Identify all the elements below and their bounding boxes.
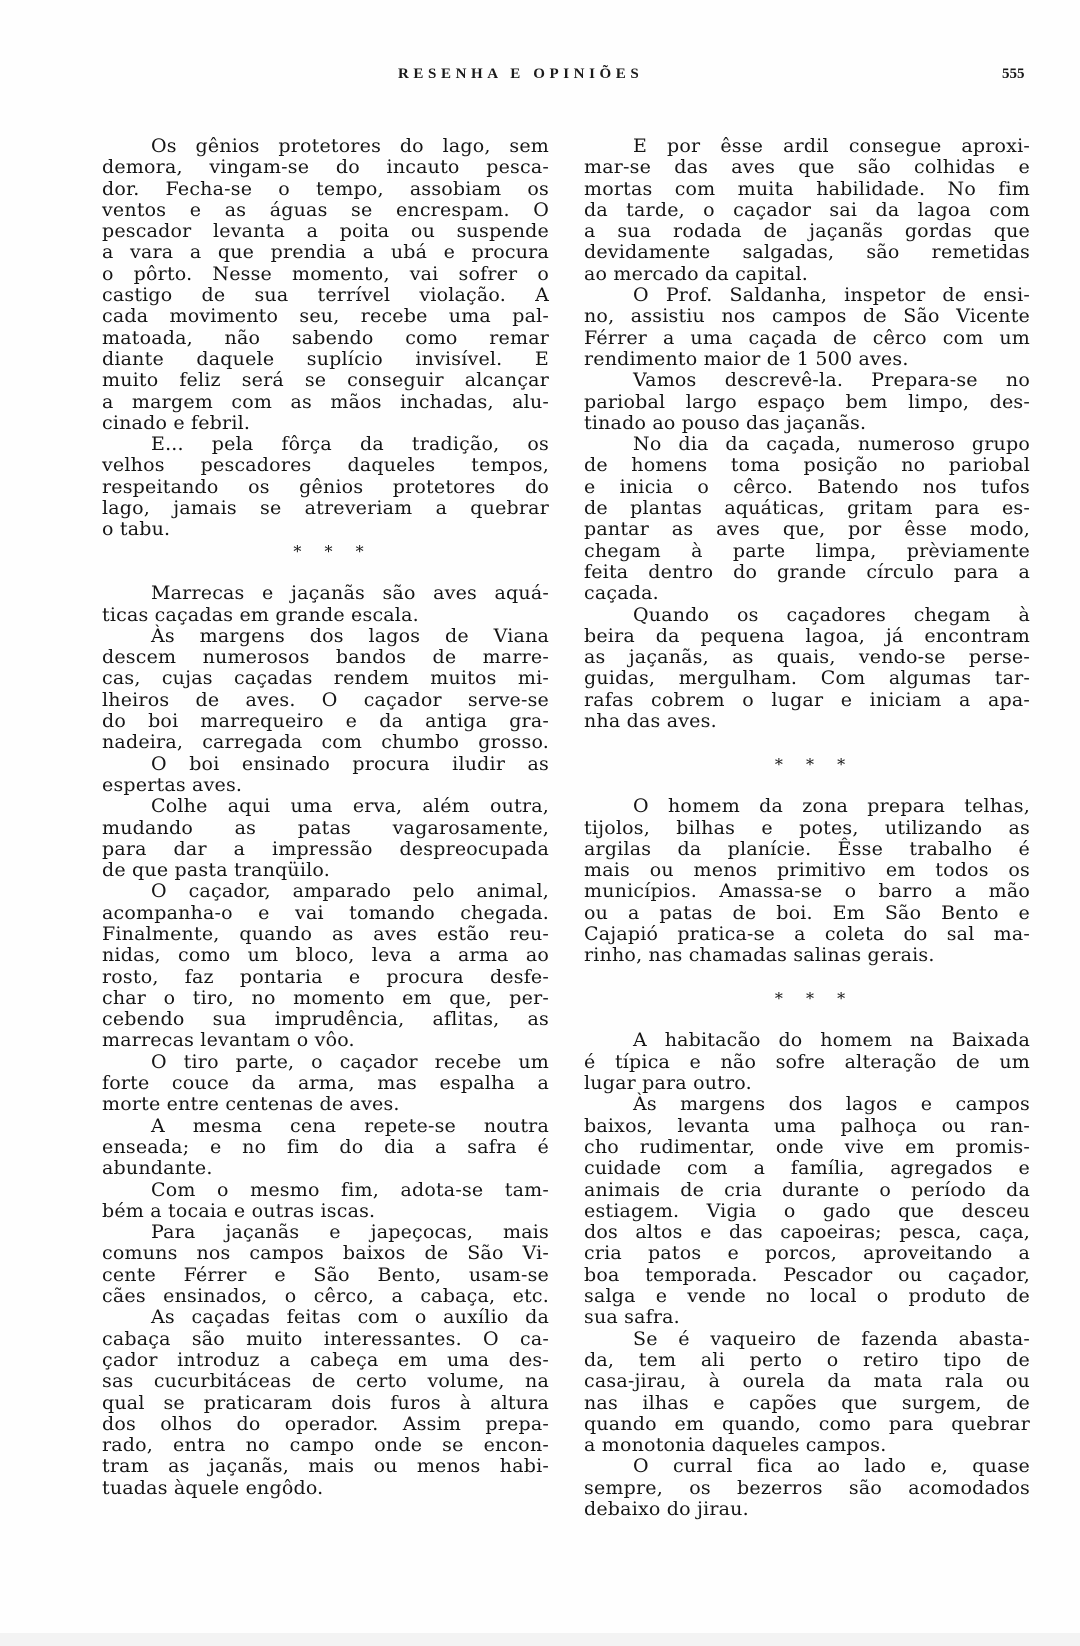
paragraph-first-line: Marrecas e jaçanãs são aves aquá- bbox=[102, 583, 549, 604]
text-line: lago, jamais se atreveriam a quebrar bbox=[102, 498, 549, 519]
text-line: Férrer a uma caçada de cêrco com um bbox=[584, 328, 1030, 349]
text-line: rendimento maior de 1 500 aves. bbox=[584, 349, 1030, 370]
paragraph-first-line: A mesma cena repete-se noutra bbox=[102, 1116, 549, 1137]
text-line: da tarde, o caçador sai da lagoa com bbox=[584, 200, 1030, 221]
text-line: a sua rodada de jaçanãs gordas que bbox=[584, 221, 1030, 242]
text-line: qual se praticaram dois furos à altura bbox=[102, 1393, 549, 1414]
paragraph-first-line: O boi ensinado procura iludir as bbox=[102, 754, 549, 775]
text-line: de homens toma posição no pariobal bbox=[584, 455, 1030, 476]
paragraph-first-line: No dia da caçada, numeroso grupo bbox=[584, 434, 1030, 455]
text-line: enseada; e no fim do dia a safra é bbox=[102, 1137, 549, 1158]
text-line: pantar as aves que, por êsse modo, bbox=[584, 519, 1030, 540]
text-line: dos altos e das capoeiras; pesca, caça, bbox=[584, 1222, 1030, 1243]
text-line: cada movimento seu, recebe uma pal- bbox=[102, 306, 549, 327]
text-line: çador introduz a cabeça em uma des- bbox=[102, 1350, 549, 1371]
blank-line bbox=[584, 775, 1030, 796]
text-line: da, tem ali perto o retiro tipo de bbox=[584, 1350, 1030, 1371]
text-line: tuadas àquele engôdo. bbox=[102, 1478, 549, 1499]
text-line: dor. Fecha-se o tempo, assobiam os bbox=[102, 179, 549, 200]
text-line: do boi marrequeiro e da antiga gra- bbox=[102, 711, 549, 732]
blank-line bbox=[102, 562, 549, 583]
blank-line bbox=[584, 967, 1030, 988]
text-line: e inicia o cêrco. Batendo nos tufos bbox=[584, 477, 1030, 498]
text-line: sas cucurbitáceas de certo volume, na bbox=[102, 1371, 549, 1392]
text-line: guidas, mergulham. Com algumas tar- bbox=[584, 668, 1030, 689]
page-number: 555 bbox=[1002, 66, 1025, 83]
paragraph-first-line: Quando os caçadores chegam à bbox=[584, 605, 1030, 626]
text-line: nas ilhas e capões que surgem, de bbox=[584, 1393, 1030, 1414]
text-line: nidas, como um bloco, leva a arma ao bbox=[102, 945, 549, 966]
text-line: casa-jirau, à ourela da mata rala ou bbox=[584, 1371, 1030, 1392]
text-line: Finalmente, quando as aves estão reu- bbox=[102, 924, 549, 945]
text-line: mar-se das aves que são colhidas e bbox=[584, 157, 1030, 178]
text-line: tijolos, bilhas e potes, utilizando as bbox=[584, 818, 1030, 839]
paragraph-first-line: O curral fica ao lado e, quase bbox=[584, 1456, 1030, 1477]
text-line: tinado ao pouso das jaçanãs. bbox=[584, 413, 1030, 434]
text-line: tram as jaçanãs, mais ou menos habi- bbox=[102, 1456, 549, 1477]
text-line: cinado e febril. bbox=[102, 413, 549, 434]
paragraph-first-line: A habitacão do homem na Baixada bbox=[584, 1030, 1030, 1051]
text-line: ventos e as águas se encrespam. O bbox=[102, 200, 549, 221]
paragraph-first-line: As caçadas feitas com o auxílio da bbox=[102, 1307, 549, 1328]
text-line: mortas com muita habilidade. No fim bbox=[584, 179, 1030, 200]
text-line: cria patos e porcos, aproveitando a bbox=[584, 1243, 1030, 1264]
text-line: a vara a que prendia a ubá e procura bbox=[102, 242, 549, 263]
text-line: respeitando os gênios protetores do bbox=[102, 477, 549, 498]
text-line: cas, cujas caçadas rendem muitos mi- bbox=[102, 668, 549, 689]
text-line: cente Férrer e São Bento, usam-se bbox=[102, 1265, 549, 1286]
text-line: debaixo do jirau. bbox=[584, 1499, 1030, 1520]
text-line: devidamente salgadas, são remetidas bbox=[584, 242, 1030, 263]
text-line: ao mercado da capital. bbox=[584, 264, 1030, 285]
text-line: lugar para outro. bbox=[584, 1073, 1030, 1094]
text-line: Cajapió pratica-se a coleta do sal ma- bbox=[584, 924, 1030, 945]
text-line: marrecas levantam o vôo. bbox=[102, 1030, 549, 1051]
paragraph-first-line: Com o mesmo fim, adota-se tam- bbox=[102, 1180, 549, 1201]
text-line: de plantas aquáticas, gritam para es- bbox=[584, 498, 1030, 519]
text-line: é típica e não sofre alteração de um bbox=[584, 1052, 1030, 1073]
text-line: acompanha-o e vai tomando chegada. bbox=[102, 903, 549, 924]
text-line: quando em quando, como para quebrar bbox=[584, 1414, 1030, 1435]
text-line: velhos pescadores daqueles tempos, bbox=[102, 455, 549, 476]
text-line: rosto, faz pontaria e procura desfe- bbox=[102, 967, 549, 988]
section-separator: * * * bbox=[584, 988, 1030, 1009]
text-line: no, assistiu nos campos de São Vicente bbox=[584, 306, 1030, 327]
text-line: argilas da planície. Êsse trabalho é bbox=[584, 839, 1030, 860]
paragraph-first-line: Vamos descrevê-la. Prepara-se no bbox=[584, 370, 1030, 391]
text-line: boa temporada. Pescador ou caçador, bbox=[584, 1265, 1030, 1286]
paragraph-first-line: Para jaçanãs e japeçocas, mais bbox=[102, 1222, 549, 1243]
blank-line bbox=[584, 1009, 1030, 1030]
text-line: chegam à parte limpa, prèviamente bbox=[584, 541, 1030, 562]
text-line: rado, entra no campo onde se encon- bbox=[102, 1435, 549, 1456]
text-line: muito feliz será se conseguir alcançar bbox=[102, 370, 549, 391]
text-line: estiagem. Vigia o gado que desceu bbox=[584, 1201, 1030, 1222]
text-line: lheiros de aves. O caçador serve-se bbox=[102, 690, 549, 711]
text-line: morte entre centenas de aves. bbox=[102, 1094, 549, 1115]
text-line: animais de cria durante o período da bbox=[584, 1180, 1030, 1201]
paragraph-first-line: Às margens dos lagos de Viana bbox=[102, 626, 549, 647]
text-line: a monotonia daqueles campos. bbox=[584, 1435, 1030, 1456]
text-line: as jaçanãs, as quais, vendo-se perse- bbox=[584, 647, 1030, 668]
text-line: baixos, levanta uma palhoça ou ran- bbox=[584, 1116, 1030, 1137]
text-line: mudando as patas vagarosamente, bbox=[102, 818, 549, 839]
text-line: bém a tocaia e outras iscas. bbox=[102, 1201, 549, 1222]
text-line: pariobal largo espaço bem limpo, des- bbox=[584, 392, 1030, 413]
right-column: E por êsse ardil consegue aproxi-mar-se … bbox=[584, 136, 1030, 1520]
text-line: matoada, não sabendo como remar bbox=[102, 328, 549, 349]
paragraph-first-line: O tiro parte, o caçador recebe um bbox=[102, 1052, 549, 1073]
paragraph-first-line: E por êsse ardil consegue aproxi- bbox=[584, 136, 1030, 157]
text-line: ou a patas de boi. Em São Bento e bbox=[584, 903, 1030, 924]
blank-line bbox=[584, 732, 1030, 753]
paragraph-first-line: Colhe aqui uma erva, além outra, bbox=[102, 796, 549, 817]
paragraph-first-line: O Prof. Saldanha, inspetor de ensi- bbox=[584, 285, 1030, 306]
text-line: dos olhos do operador. Assim prepa- bbox=[102, 1414, 549, 1435]
text-line: rinho, nas chamadas salinas gerais. bbox=[584, 945, 1030, 966]
book-page: RESENHA E OPINIÕES 555 Os gênios proteto… bbox=[0, 0, 1080, 1633]
section-separator: * * * bbox=[102, 541, 549, 562]
paragraph-first-line: Os gênios protetores do lago, sem bbox=[102, 136, 549, 157]
text-line: beira da pequena lagoa, já encontram bbox=[584, 626, 1030, 647]
paragraph-first-line: E... pela fôrça da tradição, os bbox=[102, 434, 549, 455]
text-line: rafas cobrem o lugar e iniciam a apa- bbox=[584, 690, 1030, 711]
text-line: pescador levanta a poita ou suspende bbox=[102, 221, 549, 242]
text-line: espertas aves. bbox=[102, 775, 549, 796]
text-line: mais ou menos primitivo em todos os bbox=[584, 860, 1030, 881]
running-head: RESENHA E OPINIÕES bbox=[398, 66, 643, 83]
text-line: a margem com as mãos inchadas, alu- bbox=[102, 392, 549, 413]
text-line: cuidade com a família, agregados e bbox=[584, 1158, 1030, 1179]
text-line: comuns nos campos baixos de São Vi- bbox=[102, 1243, 549, 1264]
paragraph-first-line: O caçador, amparado pelo animal, bbox=[102, 881, 549, 902]
left-column: Os gênios protetores do lago, semdemora,… bbox=[102, 136, 549, 1499]
text-line: diante daquele suplício invisível. E bbox=[102, 349, 549, 370]
paragraph-first-line: Às margens dos lagos e campos bbox=[584, 1094, 1030, 1115]
text-line: salga e vende no local o produto de bbox=[584, 1286, 1030, 1307]
text-line: para dar a impressão despreocupada bbox=[102, 839, 549, 860]
text-line: feita dentro do grande círculo para a bbox=[584, 562, 1030, 583]
text-line: sua safra. bbox=[584, 1307, 1030, 1328]
text-line: nha das aves. bbox=[584, 711, 1030, 732]
text-line: char o tiro, no momento em que, per- bbox=[102, 988, 549, 1009]
text-line: demora, vingam-se do incauto pesca- bbox=[102, 157, 549, 178]
text-line: descem numerosos bandos de marre- bbox=[102, 647, 549, 668]
text-line: cães ensinados, o cêrco, a cabaça, etc. bbox=[102, 1286, 549, 1307]
text-line: sempre, os bezerros são acomodados bbox=[584, 1478, 1030, 1499]
section-separator: * * * bbox=[584, 754, 1030, 775]
text-line: caçada. bbox=[584, 583, 1030, 604]
text-line: abundante. bbox=[102, 1158, 549, 1179]
text-line: cabaça são muito interessantes. O ca- bbox=[102, 1329, 549, 1350]
text-line: municípios. Amassa-se o barro a mão bbox=[584, 881, 1030, 902]
paragraph-first-line: Se é vaqueiro de fazenda abasta- bbox=[584, 1329, 1030, 1350]
text-line: cho rudimentar, onde vive em promis- bbox=[584, 1137, 1030, 1158]
text-line: castigo de sua terrível violação. A bbox=[102, 285, 549, 306]
text-line: de que pasta tranqüilo. bbox=[102, 860, 549, 881]
text-line: o pôrto. Nesse momento, vai sofrer o bbox=[102, 264, 549, 285]
text-line: nadeira, carregada com chumbo grosso. bbox=[102, 732, 549, 753]
text-line: o tabu. bbox=[102, 519, 549, 540]
text-line: ticas caçadas em grande escala. bbox=[102, 605, 549, 626]
text-line: cebendo sua imprudência, aflitas, as bbox=[102, 1009, 549, 1030]
paragraph-first-line: O homem da zona prepara telhas, bbox=[584, 796, 1030, 817]
text-line: forte couce da arma, mas espalha a bbox=[102, 1073, 549, 1094]
